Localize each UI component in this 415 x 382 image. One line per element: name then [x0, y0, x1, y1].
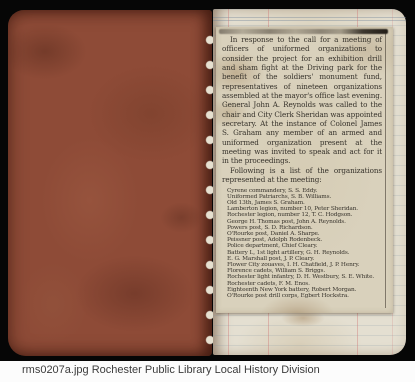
- article-paragraph: In response to the call for a meeting of…: [222, 35, 382, 166]
- newspaper-clipping: In response to the call for a meeting of…: [216, 27, 393, 313]
- article-lead-in: Following is a list of the organizations…: [222, 166, 382, 185]
- clipping-text-block: In response to the call for a meeting of…: [216, 27, 393, 313]
- notebook-right-page: In response to the call for a meeting of…: [213, 9, 406, 355]
- archive-caption-text: rms0207a.jpg Rochester Public Library Lo…: [22, 364, 320, 376]
- organization-list: Cyrene commandery, S. S. Eddy.Uniformed …: [222, 188, 382, 300]
- organization-entry: Rochester light infantry, D. H. Westbury…: [222, 274, 382, 280]
- header-rule-line: [213, 17, 406, 18]
- header-rule-line: [213, 20, 406, 21]
- notebook-left-cover: [8, 10, 212, 356]
- scanned-scrapbook-photo: In response to the call for a meeting of…: [0, 0, 415, 382]
- spine-stitch-notches: [202, 28, 213, 354]
- archive-caption-bar: rms0207a.jpg Rochester Public Library Lo…: [0, 361, 415, 382]
- organization-entry: O'Rourke post drill corps, Egbert Hockst…: [222, 293, 382, 299]
